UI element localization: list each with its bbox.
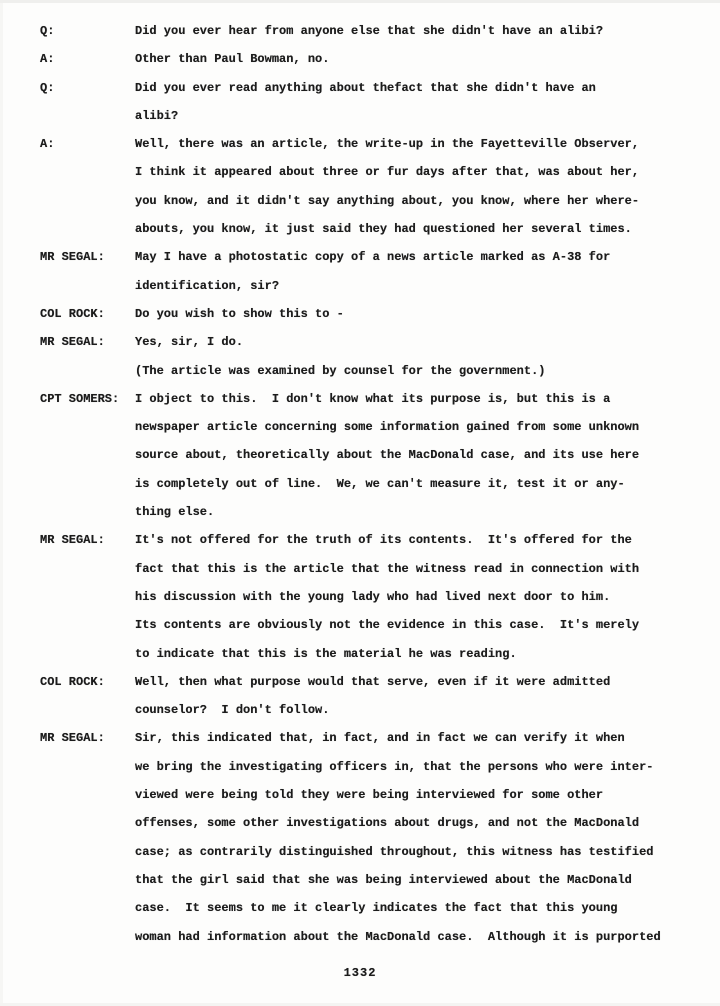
line-text: Did you ever hear from anyone else that … (135, 24, 603, 38)
speaker-label: MR SEGAL: (40, 731, 105, 745)
speaker-label: COL ROCK: (40, 675, 105, 689)
speaker-label: Q: (40, 24, 54, 38)
speaker-label: A: (40, 52, 54, 66)
transcript-line: A:Other than Paul Bowman, no. (0, 52, 720, 80)
speaker-label: COL ROCK: (40, 307, 105, 321)
line-text: identification, sir? (135, 279, 279, 293)
transcript-line: thing else. (0, 505, 720, 533)
line-text: Other than Paul Bowman, no. (135, 52, 329, 66)
transcript-line: A:Well, there was an article, the write-… (0, 137, 720, 165)
line-text: thing else. (135, 505, 214, 519)
transcript-line: case; as contrarily distinguished throug… (0, 845, 720, 873)
speaker-label: MR SEGAL: (40, 335, 105, 349)
line-text: I think it appeared about three or fur d… (135, 165, 639, 179)
line-text: case. It seems to me it clearly indicate… (135, 901, 617, 915)
transcript-line: to indicate that this is the material he… (0, 647, 720, 675)
line-text: woman had information about the MacDonal… (135, 930, 661, 944)
transcript-line: fact that this is the article that the w… (0, 562, 720, 590)
speaker-label: MR SEGAL: (40, 533, 105, 547)
transcript-line: CPT SOMERS:I object to this. I don't kno… (0, 392, 720, 420)
transcript-line: MR SEGAL:May I have a photostatic copy o… (0, 250, 720, 278)
transcript-line: counselor? I don't follow. (0, 703, 720, 731)
transcript-line: you know, and it didn't say anything abo… (0, 194, 720, 222)
line-text: May I have a photostatic copy of a news … (135, 250, 610, 264)
transcript-line: MR SEGAL:Sir, this indicated that, in fa… (0, 731, 720, 759)
transcript-line: newspaper article concerning some inform… (0, 420, 720, 448)
line-text: that the girl said that she was being in… (135, 873, 632, 887)
line-text: Well, then what purpose would that serve… (135, 675, 610, 689)
transcript-line: abouts, you know, it just said they had … (0, 222, 720, 250)
transcript-line: Its contents are obviously not the evide… (0, 618, 720, 646)
line-text: source about, theoretically about the Ma… (135, 448, 639, 462)
speaker-label: MR SEGAL: (40, 250, 105, 264)
line-text: his discussion with the young lady who h… (135, 590, 610, 604)
transcript-line: that the girl said that she was being in… (0, 873, 720, 901)
transcript-line: viewed were being told they were being i… (0, 788, 720, 816)
transcript-line: COL ROCK:Well, then what purpose would t… (0, 675, 720, 703)
transcript-line: alibi? (0, 109, 720, 137)
speaker-label: Q: (40, 81, 54, 95)
speaker-label: CPT SOMERS: (40, 392, 119, 406)
line-text: (The article was examined by counsel for… (135, 364, 545, 378)
transcript-lines: Q:Did you ever hear from anyone else tha… (0, 24, 720, 958)
line-text: viewed were being told they were being i… (135, 788, 603, 802)
transcript-line: woman had information about the MacDonal… (0, 930, 720, 958)
line-text: counselor? I don't follow. (135, 703, 329, 717)
transcript-line: I think it appeared about three or fur d… (0, 165, 720, 193)
transcript-line: MR SEGAL:It's not offered for the truth … (0, 533, 720, 561)
line-text: you know, and it didn't say anything abo… (135, 194, 639, 208)
transcript-line: Q:Did you ever hear from anyone else tha… (0, 24, 720, 52)
transcript-line: source about, theoretically about the Ma… (0, 448, 720, 476)
line-text: newspaper article concerning some inform… (135, 420, 639, 434)
line-text: Yes, sir, I do. (135, 335, 243, 349)
transcript-line: Q:Did you ever read anything about thefa… (0, 81, 720, 109)
speaker-label: A: (40, 137, 54, 151)
line-text: Sir, this indicated that, in fact, and i… (135, 731, 625, 745)
line-text: Well, there was an article, the write-up… (135, 137, 639, 151)
line-text: fact that this is the article that the w… (135, 562, 639, 576)
line-text: offenses, some other investigations abou… (135, 816, 639, 830)
transcript-line: is completely out of line. We, we can't … (0, 477, 720, 505)
transcript-line: COL ROCK:Do you wish to show this to - (0, 307, 720, 335)
line-text: Did you ever read anything about thefact… (135, 81, 596, 95)
line-text: to indicate that this is the material he… (135, 647, 517, 661)
transcript-line: his discussion with the young lady who h… (0, 590, 720, 618)
transcript-line: we bring the investigating officers in, … (0, 760, 720, 788)
line-text: abouts, you know, it just said they had … (135, 222, 632, 236)
transcript-line: identification, sir? (0, 279, 720, 307)
line-text: case; as contrarily distinguished throug… (135, 845, 653, 859)
transcript-line: case. It seems to me it clearly indicate… (0, 901, 720, 929)
line-text: I object to this. I don't know what its … (135, 392, 610, 406)
transcript-line: offenses, some other investigations abou… (0, 816, 720, 844)
line-text: is completely out of line. We, we can't … (135, 477, 625, 491)
line-text: we bring the investigating officers in, … (135, 760, 653, 774)
transcript-line: (The article was examined by counsel for… (0, 364, 720, 392)
transcript-line: MR SEGAL:Yes, sir, I do. (0, 335, 720, 363)
transcript-page: Q:Did you ever hear from anyone else tha… (0, 0, 720, 1006)
line-text: It's not offered for the truth of its co… (135, 533, 632, 547)
page-number: 1332 (0, 966, 720, 980)
line-text: Its contents are obviously not the evide… (135, 618, 639, 632)
line-text: Do you wish to show this to - (135, 307, 344, 321)
line-text: alibi? (135, 109, 178, 123)
